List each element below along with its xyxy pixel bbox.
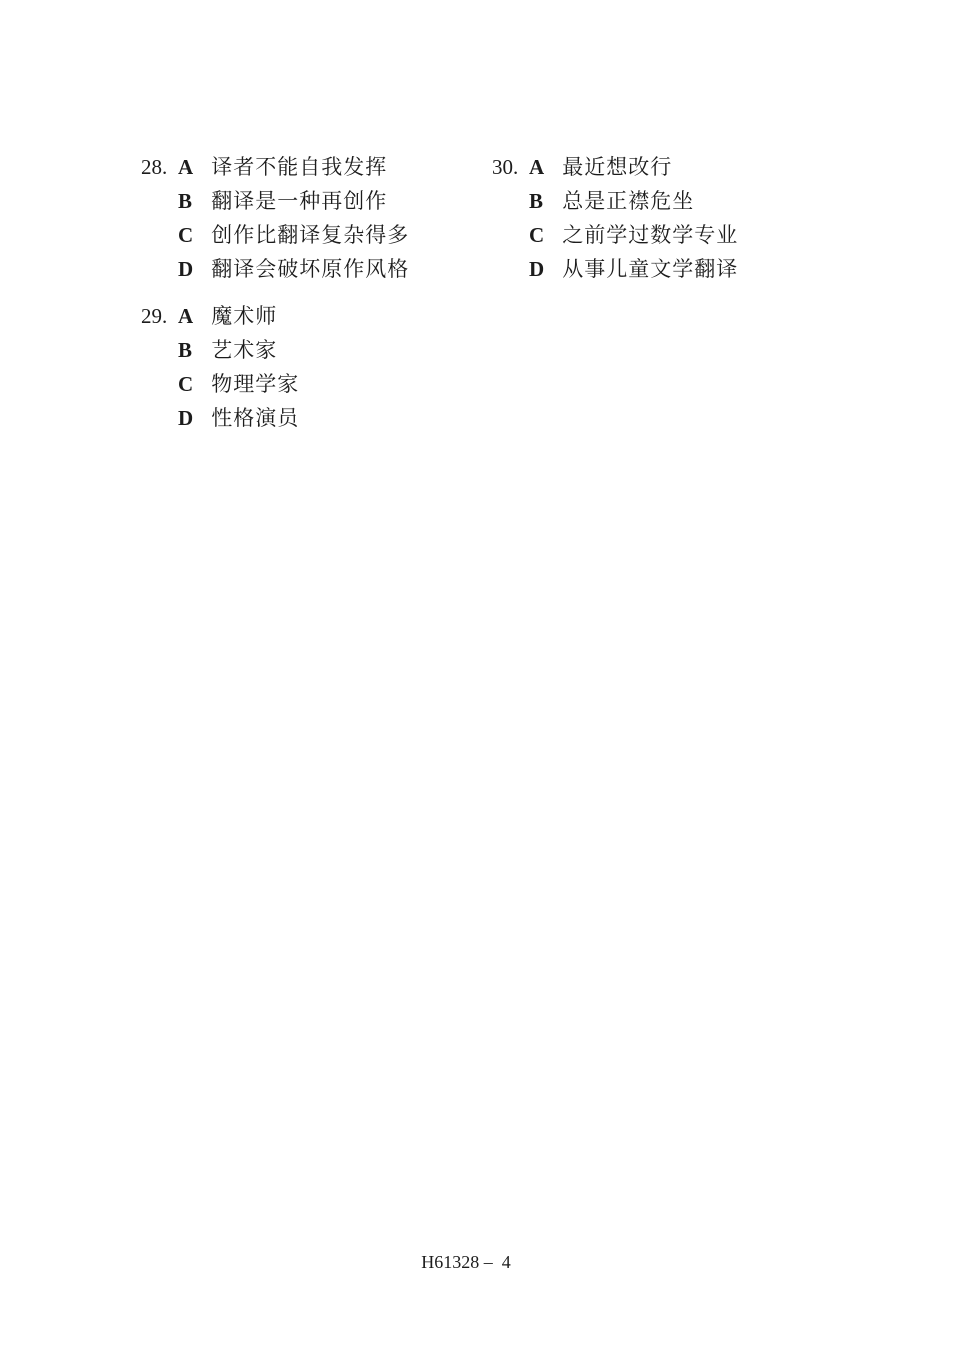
option-letter: D — [529, 252, 557, 286]
option-letter: C — [178, 367, 206, 401]
option-30-d: D 从事儿童文学翻译 — [529, 252, 738, 286]
option-text: 翻译是一种再创作 — [211, 189, 387, 213]
option-letter: C — [178, 218, 206, 252]
option-letter: C — [529, 218, 557, 252]
question-number: 29. — [141, 299, 178, 333]
option-29-d: D 性格演员 — [178, 401, 299, 435]
option-text: 翻译会破坏原作风格 — [211, 257, 409, 281]
option-text: 之前学过数学专业 — [562, 223, 738, 247]
question-number: 28. — [141, 150, 178, 184]
option-letter: D — [178, 252, 206, 286]
option-28-d: D 翻译会破坏原作风格 — [178, 252, 409, 286]
option-text: 最近想改行 — [562, 155, 672, 179]
option-text: 物理学家 — [211, 372, 299, 396]
option-text: 从事儿童文学翻译 — [562, 257, 738, 281]
option-letter: D — [178, 401, 206, 435]
option-text: 魔术师 — [211, 304, 277, 328]
option-letter: B — [178, 184, 206, 218]
question-29: 29. A 魔术师 B 艺术家 C 物理学家 D 性格演员 — [141, 299, 409, 435]
options-list: A 魔术师 B 艺术家 C 物理学家 D 性格演员 — [178, 299, 299, 435]
option-text: 总是正襟危坐 — [562, 189, 694, 213]
option-28-c: C 创作比翻译复杂得多 — [178, 218, 409, 252]
option-text: 性格演员 — [211, 406, 299, 430]
option-letter: A — [178, 299, 206, 333]
question-28: 28. A 译者不能自我发挥 B 翻译是一种再创作 C 创作比翻译复杂得多 D … — [141, 150, 409, 286]
options-list: A 译者不能自我发挥 B 翻译是一种再创作 C 创作比翻译复杂得多 D 翻译会破… — [178, 150, 409, 286]
option-letter: B — [529, 184, 557, 218]
question-30: 30. A 最近想改行 B 总是正襟危坐 C 之前学过数学专业 D 从事儿童文学… — [492, 150, 738, 286]
exam-page: 28. A 译者不能自我发挥 B 翻译是一种再创作 C 创作比翻译复杂得多 D … — [0, 0, 960, 1358]
option-29-b: B 艺术家 — [178, 333, 299, 367]
option-letter: A — [178, 150, 206, 184]
option-28-a: A 译者不能自我发挥 — [178, 150, 409, 184]
option-text: 创作比翻译复杂得多 — [211, 223, 409, 247]
option-letter: B — [178, 333, 206, 367]
option-30-b: B 总是正襟危坐 — [529, 184, 738, 218]
option-29-a: A 魔术师 — [178, 299, 299, 333]
page-footer: H61328 – 4 — [0, 1249, 932, 1275]
option-letter: A — [529, 150, 557, 184]
question-number: 30. — [492, 150, 529, 184]
options-list: A 最近想改行 B 总是正襟危坐 C 之前学过数学专业 D 从事儿童文学翻译 — [529, 150, 738, 286]
option-30-a: A 最近想改行 — [529, 150, 738, 184]
left-column: 28. A 译者不能自我发挥 B 翻译是一种再创作 C 创作比翻译复杂得多 D … — [141, 150, 409, 435]
right-column: 30. A 最近想改行 B 总是正襟危坐 C 之前学过数学专业 D 从事儿童文学… — [492, 150, 738, 286]
option-text: 艺术家 — [211, 338, 277, 362]
option-28-b: B 翻译是一种再创作 — [178, 184, 409, 218]
option-29-c: C 物理学家 — [178, 367, 299, 401]
option-30-c: C 之前学过数学专业 — [529, 218, 738, 252]
option-text: 译者不能自我发挥 — [211, 155, 387, 179]
